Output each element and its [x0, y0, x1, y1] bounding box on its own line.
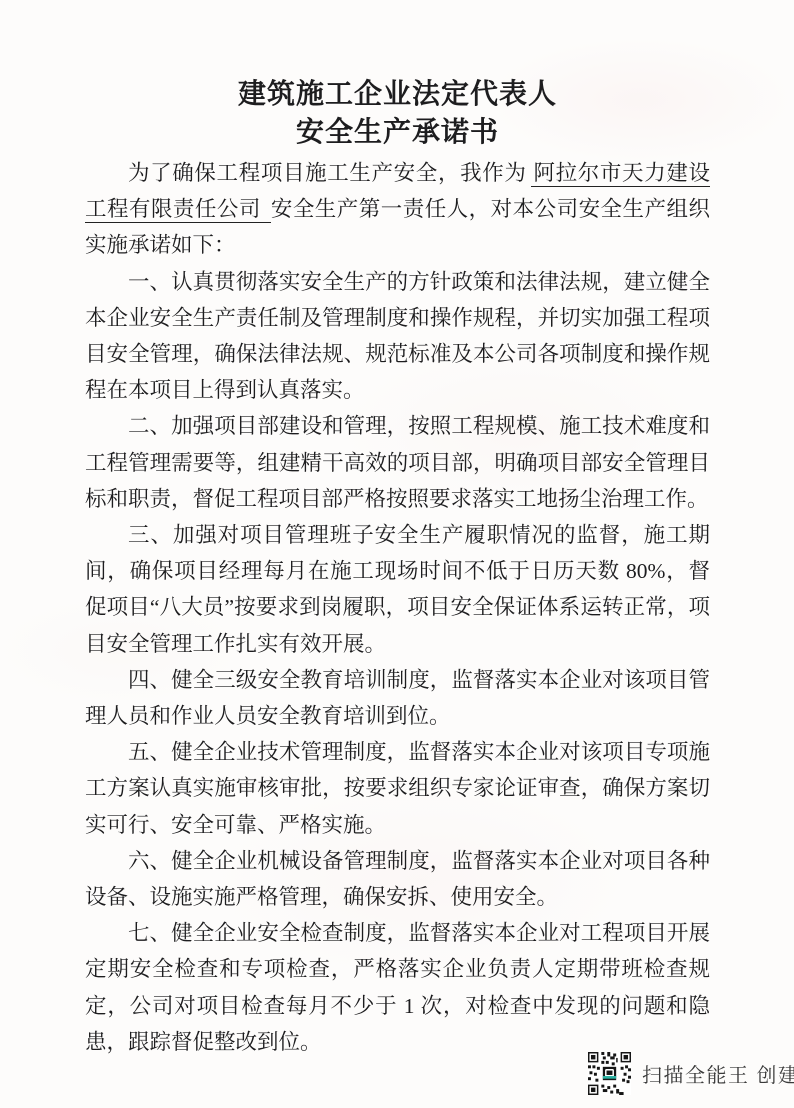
- clause-paragraph-6: 六、健全企业机械设备管理制度，监督落实本企业对项目各种设备、设施实施严格管理，确…: [85, 843, 710, 915]
- clause-paragraph-7: 七、健全企业安全检查制度，监督落实本企业对工程项目开展定期安全检查和专项检查，严…: [85, 915, 710, 1060]
- document-body: 为了确保工程项目施工生产安全，我作为阿拉尔市天力建设工程有限责任公司安全生产第一…: [85, 155, 710, 1060]
- clause-paragraph-1: 一、认真贯彻落实安全生产的方针政策和法律法规，建立健全本企业安全生产责任制及管理…: [85, 264, 710, 409]
- camscanner-watermark: 扫描全能王 创建: [588, 1052, 794, 1095]
- intro-paragraph: 为了确保工程项目施工生产安全，我作为阿拉尔市天力建设工程有限责任公司安全生产第一…: [85, 155, 710, 264]
- qr-code-icon: [588, 1052, 631, 1095]
- document-title: 建筑施工企业法定代表人 安全生产承诺书: [85, 76, 710, 152]
- document-title-line-1: 建筑施工企业法定代表人: [85, 76, 710, 114]
- clause-paragraph-5: 五、健全企业技术管理制度，监督落实本企业对该项目专项施工方案认真实施审核审批，按…: [85, 734, 710, 843]
- watermark-label: 扫描全能王 创建: [642, 1059, 794, 1088]
- scanned-document-page: 建筑施工企业法定代表人 安全生产承诺书 为了确保工程项目施工生产安全，我作为阿拉…: [0, 0, 794, 1108]
- intro-text-before: 为了确保工程项目施工生产安全，我作为: [128, 161, 527, 185]
- clause-paragraph-2: 二、加强项目部建设和管理，按照工程规模、施工技术难度和工程管理需要等，组建精干高…: [85, 408, 710, 517]
- clause-paragraph-3: 三、加强对项目管理班子安全生产履职情况的监督，施工期间，确保项目经理每月在施工现…: [85, 517, 710, 662]
- document-title-line-2: 安全生产承诺书: [85, 114, 710, 152]
- clause-paragraph-4: 四、健全三级安全教育培训制度，监督落实本企业对该项目管理人员和作业人员安全教育培…: [85, 662, 710, 734]
- document-content: 建筑施工企业法定代表人 安全生产承诺书 为了确保工程项目施工生产安全，我作为阿拉…: [85, 76, 710, 1060]
